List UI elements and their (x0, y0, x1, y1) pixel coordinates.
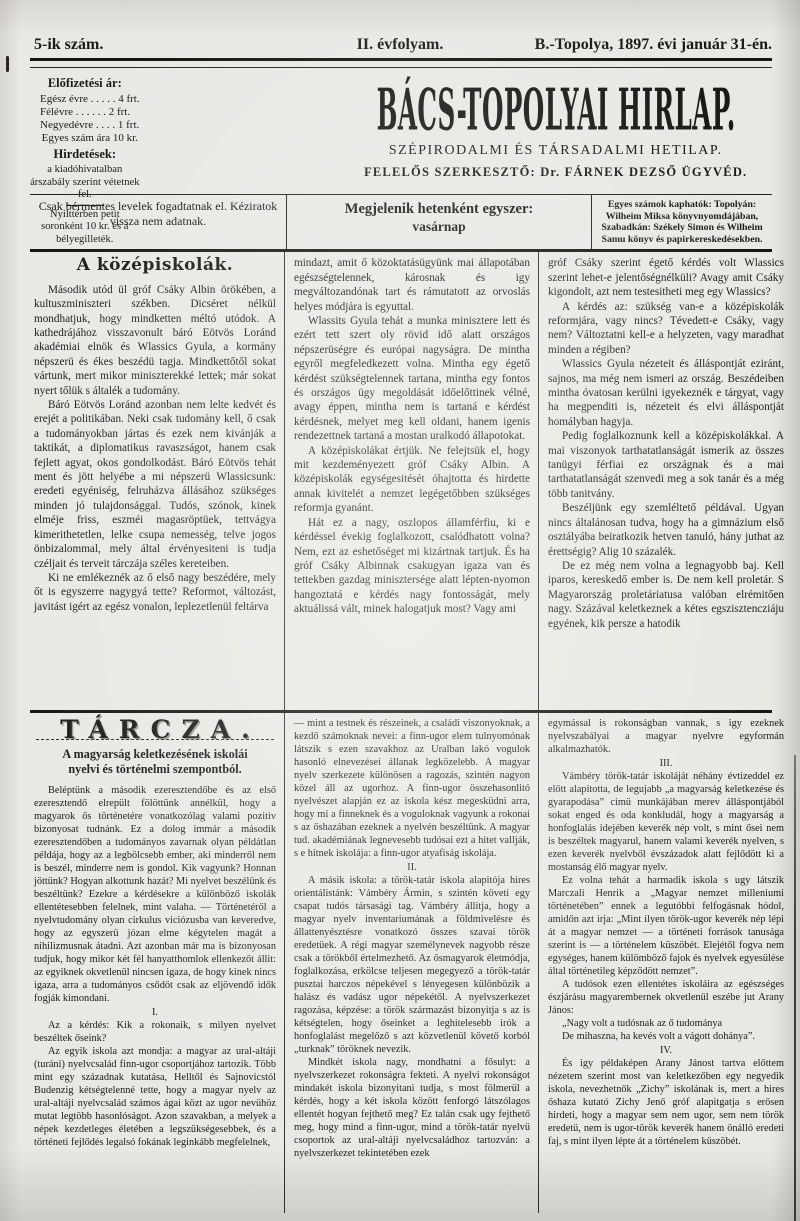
paragraph: Pedig foglalkoznunk kell a középiskolákk… (548, 429, 784, 501)
paragraph: Hát ez a nagy, oszlopos államférfiu, ki … (294, 516, 530, 617)
issue-number: 5-ik szám. (34, 36, 103, 54)
feuilleton-column-2: — mint a testnek és részeinek, a családi… (284, 713, 538, 1213)
feuilleton-section: TÁRCZA. A magyarság keletkezésének iskol… (30, 713, 792, 1213)
paragraph: A tudósok ezen ellentétes iskoláira az e… (548, 978, 784, 1017)
editor-line: FELELŐS SZERKESZTŐ: Dr. FÁRNEK DEZSŐ ÜGY… (148, 165, 800, 180)
rate-quarter: Negyedévre . . . . 1 frt. (40, 119, 140, 132)
paragraph: Báró Eötvös Loránd azonban nem lelte ked… (34, 398, 276, 571)
frequency-line2: vasárnap (293, 219, 585, 235)
rate-year: Egész évre . . . . . 4 frt. (40, 93, 140, 106)
feuilleton-title-line2: nyelvi és történelmi szempontból. (68, 762, 241, 776)
top-double-rule (30, 58, 772, 68)
paragraph: Az egyik iskola azt mondja: a magyar az … (34, 1045, 276, 1149)
masthead-center: BÁCS-TOPOLYAI HIRLAP. SZÉPIRODALMI ÉS TÁ… (148, 74, 800, 192)
lead-article-title: A középiskolák. (34, 258, 276, 272)
paragraph: II. (294, 861, 530, 874)
paragraph: De mihaszna, ha kevés volt a vágott dohá… (548, 1030, 784, 1043)
paragraph: Wlassics Gyula nézeteit és álláspontját … (548, 357, 784, 429)
feuilleton-column-3: egymással is rokonságban vannak, s igy e… (538, 713, 792, 1213)
paragraph: Az a kérdés: Kik a rokonaik, s milyen ny… (34, 1019, 276, 1045)
lead-column-1: A középiskolák. Második utód ül gróf Csá… (30, 252, 284, 710)
frequency-line1: Megjelenik hetenként egyszer: (293, 201, 585, 218)
place-date: B.-Topolya, 1897. évi január 31-én. (535, 36, 772, 54)
paragraph: És igy példaképen Arany Jánost tartva el… (548, 1057, 784, 1148)
rate-single: Egyes szám ára 10 kr. (40, 132, 140, 145)
paragraph: — mint a testnek és részeinek, a családi… (294, 717, 530, 860)
newspaper-page: 5-ik szám. II. évfolyam. B.-Topolya, 189… (0, 0, 800, 1221)
lead-column-1-text: Második utód ül gróf Csáky Albin örökébe… (34, 283, 276, 614)
publication-frequency: Megjelenik hetenként egyszer: vasárnap (286, 195, 592, 249)
ads-title: Hirdetések: (30, 147, 140, 162)
paragraph: Beléptünk a második ezeresztendőbe és az… (34, 784, 276, 1005)
rate-halfyear: Félévre . . . . . . 2 frt. (40, 106, 140, 119)
paragraph: A másik iskola: a török-tatár iskola ala… (294, 874, 530, 1056)
lead-column-2: mindazt, amit ő közoktatásügyünk mai áll… (284, 252, 538, 710)
paragraph: III. (548, 757, 784, 770)
page-title: BÁCS-TOPOLYAI HIRLAP. (376, 76, 735, 143)
paragraph: Ez volna tehát a harmadik iskola s ugy l… (548, 874, 784, 978)
paper-subtitle: SZÉPIRODALMI ÉS TÁRSADALMI HETILAP. (148, 143, 800, 159)
lead-column-3: gróf Csáky szerint égető kérdés volt Wla… (538, 252, 792, 710)
feuilleton-column-1: TÁRCZA. A magyarság keletkezésének iskol… (30, 713, 284, 1213)
paragraph: Beszéljünk egy szemléltető példával. Ugy… (548, 501, 784, 559)
paragraph: Wlassits Gyula tehát a munka minisztere … (294, 314, 530, 444)
paragraph: IV. (548, 1044, 784, 1057)
paragraph: Mindkét iskola nagy, mondhatni a fősulyt… (294, 1056, 530, 1160)
feuilleton-title-line1: A magyarság keletkezésének iskolái (62, 747, 247, 761)
letters-note: Csak bérmentes levelek fogadtatnak el. K… (30, 195, 286, 249)
paragraph: Ki ne emlékeznék az ő első nagy beszédér… (34, 571, 276, 614)
paragraph: gróf Csáky szerint égető kérdés volt Wla… (548, 256, 784, 299)
feuilleton-header: TÁRCZA. (34, 723, 276, 736)
paragraph: „Nagy volt a tudósnak az ő tudománya (548, 1017, 784, 1030)
masthead: Előfizetési ár: Egész évre . . . . . 4 f… (0, 68, 800, 194)
feuilleton-column-1-text: Beléptünk a második ezeresztendőbe és az… (34, 784, 276, 1149)
scan-edge-artifact (794, 755, 797, 1221)
paragraph: Második utód ül gróf Csáky Albin örökébe… (34, 283, 276, 398)
feuilleton-title: A magyarság keletkezésének iskolái nyelv… (34, 747, 276, 777)
sales-points-note: Egyes számok kaphatók: Topolyán: Wilheim… (592, 195, 772, 249)
info-bar: Csak bérmentes levelek fogadtatnak el. K… (30, 195, 772, 249)
lead-article-section: A középiskolák. Második utód ül gróf Csá… (30, 252, 792, 710)
top-dateline-row: 5-ik szám. II. évfolyam. B.-Topolya, 189… (0, 0, 800, 58)
subscription-box: Előfizetési ár: Egész évre . . . . . 4 f… (30, 74, 148, 192)
paragraph: egymással is rokonságban vannak, s igy e… (548, 717, 784, 756)
paragraph: mindazt, amit ő közoktatásügyünk mai áll… (294, 256, 530, 314)
subscription-rates: Egész évre . . . . . 4 frt. Félévre . . … (40, 93, 140, 145)
paragraph: Vámbéry török-tatár iskoláját néhány évt… (548, 770, 784, 874)
scan-blob-artifact (6, 56, 9, 72)
paragraph: A középiskolákat értjük. Ne felejtsük el… (294, 444, 530, 516)
paragraph: A kérdés az: szükség van-e a középiskolá… (548, 300, 784, 358)
paragraph: I. (34, 1006, 276, 1019)
subscription-title: Előfizetési ár: (30, 76, 140, 91)
paper-title-wrap: BÁCS-TOPOLYAI HIRLAP. (148, 84, 800, 136)
paragraph: De ez még nem volna a legnagyobb baj. Ke… (548, 559, 784, 631)
